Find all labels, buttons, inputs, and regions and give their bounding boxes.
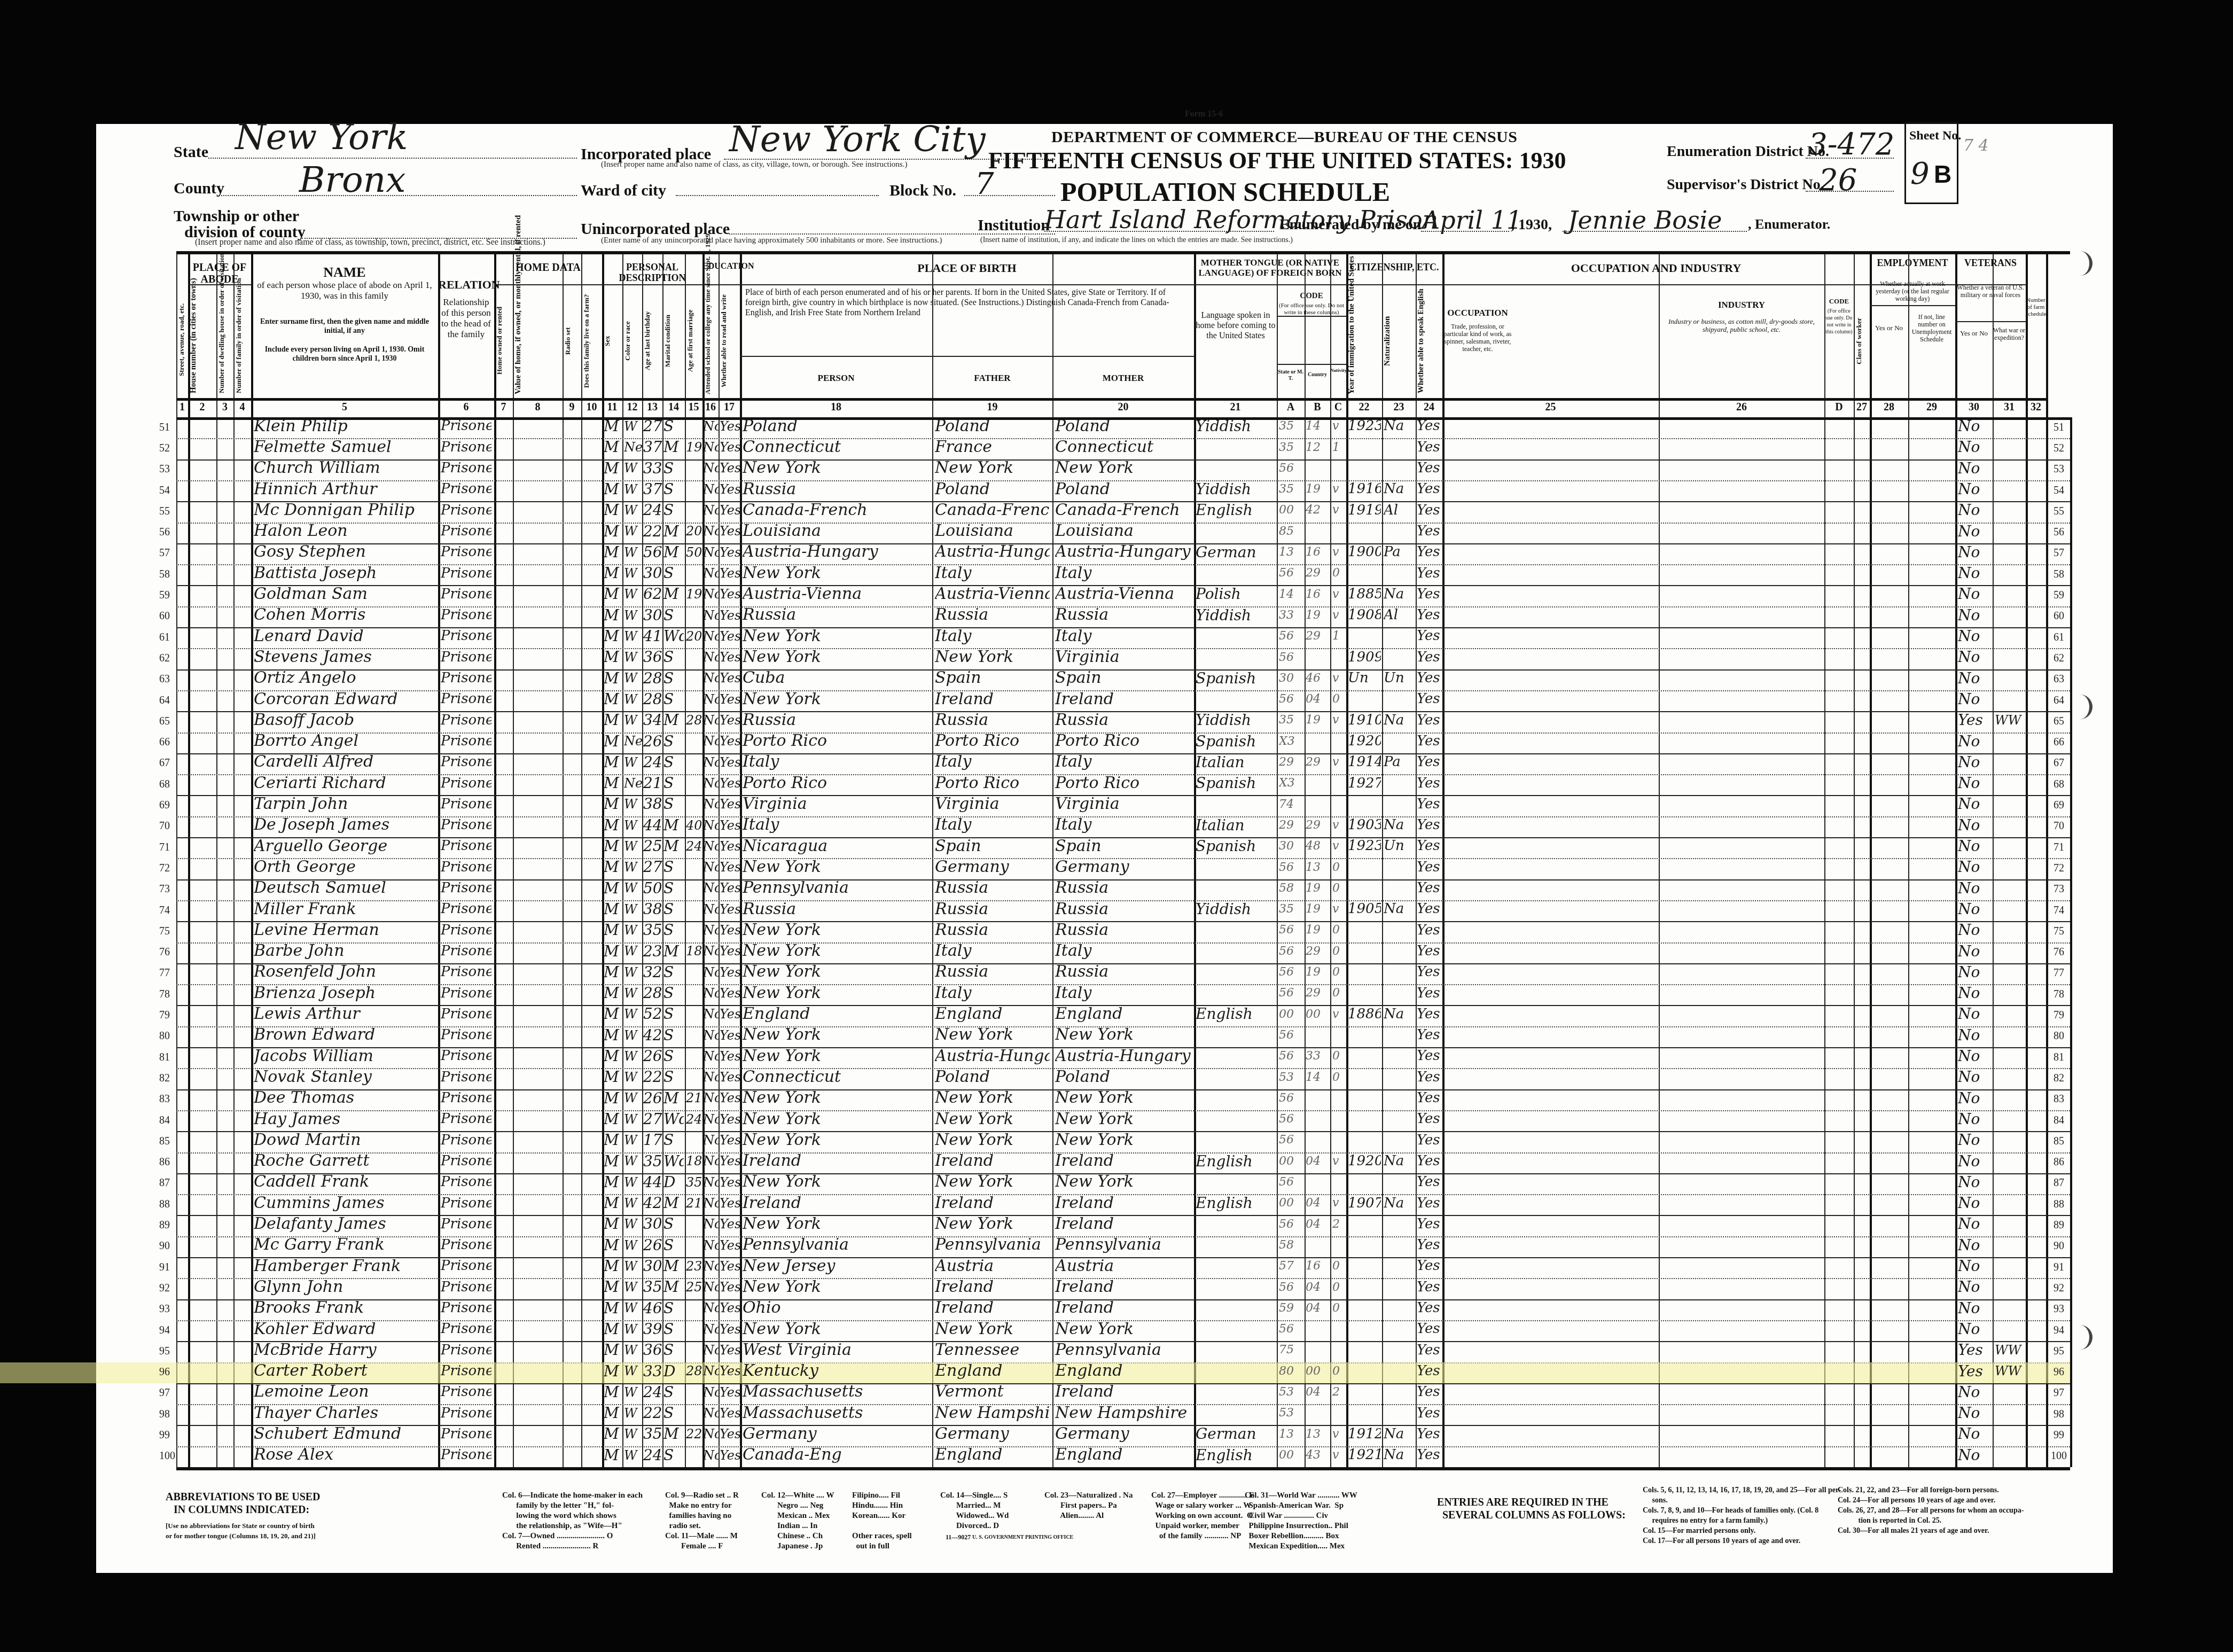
legend-col27: Col. 27—Employer .............. E Wage o… [1151,1491,1254,1541]
cell-school: No [703,629,719,644]
cell-rel: Prisoner [441,1069,491,1085]
cell-tongue: Spanish [1196,733,1276,750]
cell-name: Corcoran Edward [254,690,435,708]
cell-vet: No [1958,564,1991,582]
column-header-c5-note2: Include every person living on April 1, … [256,345,433,363]
cell-rel: Prisoner [441,523,491,539]
column-header-cD: CODE [1824,297,1854,306]
cell-age: 35 [643,921,662,939]
cell-nat: Al [1384,607,1415,623]
state-value: New York [235,116,408,158]
cell-cA: 56 [1279,1028,1303,1042]
column-header-code-note: (For office use only. Do not write in th… [1278,302,1345,316]
line-number-right: 64 [2049,695,2068,707]
cell-age: 30 [643,564,662,582]
cell-person: New York [743,1214,930,1233]
cell-age: 37 [643,438,662,456]
row-divider [602,284,702,285]
cell-person: Austria-Hungary [743,542,930,561]
cell-cB: 29 [1306,819,1329,832]
cell-age: 36 [643,1341,662,1359]
line-number-right: 77 [2049,967,2068,979]
cell-nat: Un [1384,838,1415,854]
column-group-personal: PERSONAL DESCRIPTION [602,262,702,283]
cell-sex: M [604,1236,622,1254]
line-number-right: 63 [2049,673,2068,685]
cell-mar: S [663,1131,684,1149]
cell-cC: v [1332,1155,1345,1168]
cell-tongue: Polish [1196,585,1276,603]
cell-nat: Na [1384,586,1415,602]
cell-name: Thayer Charles [254,1404,435,1422]
cell-cA: 74 [1279,798,1303,811]
cell-mother: Ireland [1055,1194,1191,1212]
cell-school: No [703,1448,719,1463]
cell-cC: 2 [1332,1385,1345,1399]
sheet-label: Sheet No. [1909,129,1961,143]
cell-cA: 56 [1279,923,1303,937]
cell-mar: M [663,543,684,561]
cell-age: 22 [643,1404,662,1422]
cell-race: W [624,524,642,539]
cell-mar: M [663,1089,684,1107]
cell-name: Arguello George [254,837,435,855]
cell-person: Russia [743,900,930,918]
cell-eng: Yes [1417,1237,1441,1253]
cell-cB: 29 [1306,945,1329,958]
cell-name: Miller Frank [254,900,435,918]
cell-imm: 1923 [1348,418,1381,434]
cell-vet: No [1958,523,1991,540]
cell-mar: D [663,1362,684,1380]
cell-father: Ireland [935,690,1050,708]
cell-father: New York [935,1110,1050,1128]
cell-read: Yes [720,1322,740,1337]
cell-nat: Na [1384,1006,1415,1022]
cell-name: Hay James [254,1110,435,1128]
cell-rel: Prisoner [441,1384,491,1400]
cell-read: Yes [720,482,740,497]
cell-mother: Germany [1055,858,1191,876]
column-group-birth: PLACE OF BIRTH [740,262,1194,275]
cell-sex: M [604,711,622,729]
cell-cC: v [1332,713,1345,727]
cell-cB: 19 [1306,882,1329,895]
cell-name: Barbe John [254,941,435,960]
line-number-left: 97 [159,1387,170,1399]
cell-vet: No [1958,879,1991,897]
cell-sex: M [604,648,622,666]
cell-vet: No [1958,837,1991,855]
column-header-c20: MOTHER [1052,373,1194,384]
cell-read: Yes [720,419,740,434]
cell-tongue: Yiddish [1196,900,1276,918]
line-number-left: 55 [159,505,170,518]
cell-sex: M [604,1110,622,1128]
cell-age: 23 [643,942,662,960]
cell-nat: Na [1384,418,1415,434]
cell-vet: No [1958,438,1991,456]
cell-age: 22 [643,1068,662,1086]
cell-read: Yes [720,503,740,518]
column-number: C [1330,401,1346,414]
cell-mar: S [663,774,684,792]
cell-person: New York [743,648,930,666]
cell-cB: 19 [1306,609,1329,622]
cell-cC: v [1332,1448,1345,1462]
cell-race: W [624,503,642,518]
cell-cC: v [1332,546,1345,559]
cell-read: Yes [720,860,740,875]
cell-age: 28 [643,984,662,1002]
cell-name: Delafanty James [254,1214,435,1233]
line-number-left: 84 [159,1115,170,1127]
cell-mother: Russia [1055,605,1191,624]
cell-rel: Prisoner [441,1174,491,1190]
cell-read: Yes [720,734,740,749]
column-number: 2 [188,401,216,414]
cell-sex: M [604,1320,622,1338]
cell-name: Brown Edward [254,1025,435,1044]
cell-sex: M [604,669,622,687]
cell-cA: X3 [1279,776,1303,790]
cell-nat: Na [1384,1426,1415,1442]
cell-name: Schubert Edmund [254,1424,435,1443]
cell-imm: 1909 [1348,649,1381,665]
cell-father: Ireland [935,1194,1050,1212]
institution-label: Institution [978,216,1050,235]
cell-cA: 33 [1279,609,1303,622]
cell-mother: Russia [1055,962,1191,981]
line-number-right: 55 [2049,505,2068,518]
line-number-left: 100 [159,1450,175,1462]
cell-mar: S [663,669,684,687]
cell-name: Ceriarti Richard [254,774,435,792]
cell-age: 28 [643,669,662,687]
cell-mother: Porto Rico [1055,731,1191,750]
cell-vet: No [1958,1404,1991,1422]
row-divider [176,398,2046,401]
ward-label: Ward of city [581,182,666,200]
column-group-occupation: OCCUPATION AND INDUSTRY [1442,262,1870,275]
cell-read: Yes [720,1343,740,1358]
cell-race: W [624,1154,642,1168]
cell-read: Yes [720,1217,740,1232]
cell-father: Spain [935,837,1050,855]
cell-cA: 58 [1279,882,1303,895]
cell-vet: No [1958,1005,1991,1023]
cell-mother: Ireland [1055,1214,1191,1233]
cell-cA: 00 [1279,1196,1303,1210]
cell-cA: 56 [1279,629,1303,643]
cell-war: WW [1995,1343,2025,1358]
cell-race: W [624,818,642,833]
cell-cB: 04 [1306,1155,1329,1168]
cell-eng: Yes [1417,1027,1441,1043]
cell-imm: 1923 [1348,838,1381,854]
line-number-left: 65 [159,715,170,728]
cell-cC: 0 [1332,1281,1345,1294]
cell-mar: S [663,1215,684,1233]
cell-cB: 00 [1306,1365,1329,1378]
cell-vet: No [1958,648,1991,666]
cell-read: Yes [720,1448,740,1463]
cell-age: 27 [643,858,662,876]
cell-nat: Pa [1384,544,1415,560]
cell-rel: Prisoner [441,943,491,959]
cell-cA: 13 [1279,546,1303,559]
cell-cA: 56 [1279,861,1303,874]
cell-cB: 14 [1306,1071,1329,1084]
line-number-right: 69 [2049,799,2068,812]
cell-cA: X3 [1279,735,1303,748]
printer-imprint: U. S. GOVERNMENT PRINTING OFFICE [972,1532,1073,1542]
cell-sex: M [604,753,622,771]
cell-eng: Yes [1417,1048,1441,1064]
cell-mar: M [663,523,684,540]
line-number-right: 59 [2049,589,2068,602]
legend-col12: Col. 12—White .... W Negro .... Neg Mexi… [761,1491,834,1552]
cell-father: Italy [935,627,1050,645]
line-number-right: 66 [2049,736,2068,749]
cell-name: Rose Alex [254,1445,435,1464]
cell-cC: 0 [1332,986,1345,1000]
cell-cB: 16 [1306,1259,1329,1273]
cell-cB: 04 [1306,692,1329,706]
cell-vet: No [1958,1236,1991,1254]
line-number-left: 73 [159,883,170,895]
cell-rel: Prisoner [441,1132,491,1148]
cell-cB: 14 [1306,419,1329,433]
line-number-right: 58 [2049,568,2068,581]
legend-col6-7: Col. 6—Indicate the home-maker in each f… [502,1491,643,1552]
cell-mother: Poland [1055,417,1191,435]
row-divider [1955,321,2026,322]
cell-mother: Russia [1055,900,1191,918]
cell-read: Yes [720,839,740,854]
cell-father: Austria-Vienna [935,585,1050,603]
supervisor-district-value: 26 [1819,163,1857,198]
cell-name: Cohen Morris [254,605,435,624]
cell-person: Connecticut [743,1067,930,1086]
column-header-c6: Relationship of this person to the head … [441,297,491,340]
cell-cB: 16 [1306,588,1329,601]
cell-cB: 19 [1306,923,1329,937]
cell-agem: 18 [686,1154,702,1168]
cell-rel: Prisoner [441,775,491,791]
cell-mar: S [663,1446,684,1464]
cell-war: WW [1995,1363,2025,1378]
column-header-employment-note: Whether actually at work yesterday (or t… [1871,280,1954,302]
cell-person: New York [743,1025,930,1044]
line-number-left: 77 [159,967,170,979]
cell-person: Cuba [743,668,930,687]
cell-vet: No [1958,606,1991,624]
cell-age: 56 [643,543,662,561]
cell-name: Brienza Joseph [254,984,435,1002]
cell-name: Kohler Edward [254,1320,435,1338]
cell-name: Ortiz Angelo [254,668,435,687]
cell-agem: 19 [686,440,702,455]
cell-rel: Prisoner [441,481,491,497]
cell-school: No [703,1385,719,1400]
cell-nat: Na [1384,712,1415,728]
line-number-right: 83 [2049,1093,2068,1105]
column-header-veteran-note: Whether a veteran of U.S. military or na… [1956,284,2025,299]
cell-cB: 12 [1306,441,1329,454]
cell-race: W [624,797,642,812]
cell-eng: Yes [1417,460,1441,476]
line-number-left: 61 [159,632,170,644]
cell-imm: 1919 [1348,502,1381,518]
cell-age: 34 [643,711,662,729]
cell-race: W [624,566,642,581]
cell-vet: No [1958,1425,1991,1443]
column-header-cB: Country [1305,372,1330,378]
cell-race: W [624,1112,642,1127]
cell-cB: 16 [1306,546,1329,559]
line-number-right: 80 [2049,1030,2068,1042]
cell-cC: v [1332,1428,1345,1441]
cell-age: 36 [643,648,662,666]
column-number: 14 [662,401,685,414]
cell-school: No [703,839,719,854]
cell-cC: 0 [1332,861,1345,874]
cell-cC: 0 [1332,692,1345,706]
cell-person: Virginia [743,794,930,813]
cell-sex: M [604,816,622,834]
cell-cB: 19 [1306,965,1329,979]
cell-cA: 56 [1279,462,1303,475]
cell-eng: Yes [1417,985,1441,1001]
cell-eng: Yes [1417,439,1441,455]
cell-sex: M [604,1341,622,1359]
cell-father: Ireland [935,1151,1050,1170]
cell-cC: 0 [1332,566,1345,580]
column-header-c25-note: Trade, profession, or particular kind of… [1443,323,1512,353]
cell-name: Caddell Frank [254,1172,435,1191]
cell-name: Halon Leon [254,521,435,540]
cell-rel: Prisoner [441,754,491,770]
enumeration-year: , 1930, [1511,216,1552,233]
column-number: 1 [176,401,188,414]
cell-cA: 56 [1279,1112,1303,1126]
column-header-c18: PERSON [740,373,932,384]
cell-age: 26 [643,1047,662,1065]
cell-eng: Yes [1417,859,1441,875]
cell-race: W [624,1280,642,1295]
line-number-right: 71 [2049,841,2068,854]
cell-vet: No [1958,733,1991,750]
cell-race: W [624,860,642,875]
cell-mar: M [663,837,684,855]
cell-sex: M [604,1278,622,1296]
cell-rel: Prisoner [441,439,491,455]
cell-mar: S [663,733,684,750]
line-number-right: 90 [2049,1240,2068,1252]
cell-name: Dee Thomas [254,1088,435,1107]
cell-person: New York [743,921,930,939]
line-number-left: 81 [159,1051,170,1064]
cell-eng: Yes [1417,1426,1441,1442]
cell-age: 21 [643,774,662,792]
cell-school: No [703,1280,719,1295]
cell-school: No [703,902,719,917]
abbreviations-title: ABBREVIATIONS TO BE USED IN COLUMNS INDI… [166,1491,321,1516]
line-number-right: 78 [2049,988,2068,1001]
cell-cB: 33 [1306,1049,1329,1063]
cell-read: Yes [720,776,740,791]
cell-sex: M [604,1194,622,1212]
column-number: 26 [1659,401,1824,414]
cell-rel: Prisoner [441,1426,491,1442]
column-number: 5 [251,401,438,414]
cell-cA: 57 [1279,1259,1303,1273]
cell-cA: 29 [1279,819,1303,832]
enumerated-label: Enumerated by me on [1279,216,1421,233]
line-number-left: 79 [159,1009,170,1022]
cell-school: No [703,1196,719,1211]
cell-rel: Prisoner [441,1342,491,1358]
cell-name: Orth George [254,858,435,876]
column-number: 7 [494,401,513,414]
cell-cA: 56 [1279,965,1303,979]
cell-age: 39 [643,1320,662,1338]
cell-person: New York [743,962,930,981]
cell-race: W [624,1090,642,1105]
cell-cB: 29 [1306,755,1329,769]
cell-age: 24 [643,753,662,771]
cell-nat: Na [1384,1447,1415,1463]
population-table: PLACE OF ABODENAMERELATIONHOME DATAPERSO… [176,251,2070,1470]
cell-race: W [624,1175,642,1190]
cell-school: No [703,1322,719,1337]
cell-name: Borrto Angel [254,731,435,750]
cell-person: New York [743,1320,930,1338]
sheet-letter: B [1934,160,1951,189]
cell-name: Battista Joseph [254,564,435,582]
cell-sex: M [604,900,622,918]
column-number: 3 [216,401,233,414]
cell-read: Yes [720,1112,740,1127]
cell-father: Poland [935,1067,1050,1086]
row-divider [1346,284,1442,285]
cell-cC: v [1332,839,1345,853]
column-number: 32 [2026,401,2046,414]
cell-name: Cardelli Alfred [254,752,435,771]
cell-race: W [624,923,642,938]
cell-father: Louisiana [935,521,1050,540]
cell-agem: 19 [686,587,702,602]
cell-rel: Prisoner [441,1447,491,1463]
line-number-right: 86 [2049,1156,2068,1168]
cell-race: Neg [624,440,642,455]
cell-name: Deutsch Samuel [254,878,435,897]
cell-cA: 56 [1279,692,1303,706]
line-number-left: 76 [159,946,170,959]
cell-race: W [624,692,642,707]
cell-agem: 21 [686,1090,702,1105]
column-number: 17 [719,401,740,414]
township-note: (Insert proper name and also name of cla… [195,238,545,247]
cell-rel: Prisoner [441,1048,491,1064]
cell-imm: Un [1348,670,1381,686]
cell-mar: D [663,1173,684,1191]
cell-race: W [624,1427,642,1441]
cell-mar: M [663,711,684,729]
column-header-birth-note: Place of birth of each person enumerated… [745,287,1189,318]
cell-name: Dowd Martin [254,1131,435,1149]
